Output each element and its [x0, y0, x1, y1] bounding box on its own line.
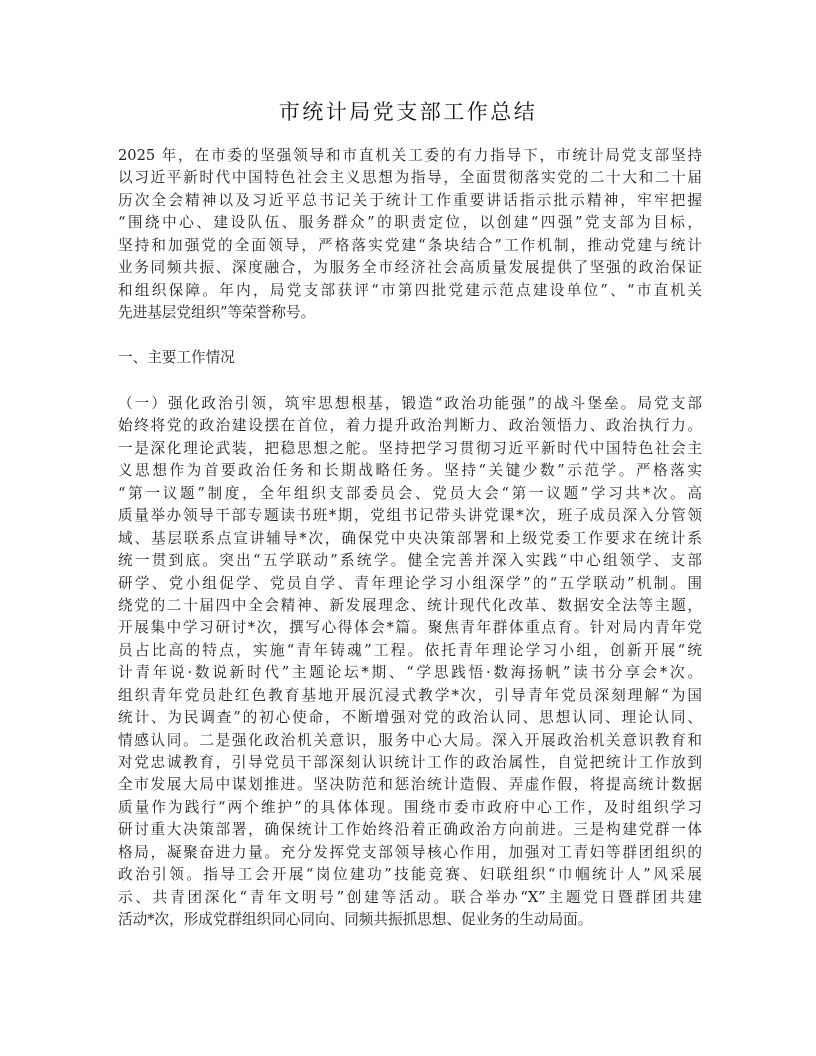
paragraph-line: 研学、党小组促学、党员自学、青年理论学习小组深学”的“五学联动”机制。围 — [118, 573, 702, 595]
paragraph-line: 域、基层联系点宣讲辅导*次，确保党中央决策部署和上级党委工作要求在统计系 — [118, 528, 702, 550]
paragraph-line: 坚持和加强党的全面领导，严格落实党建“条块结合”工作机制，推动党建与统计 — [118, 235, 702, 257]
paragraph-line: 绕党的二十届四中全会精神、新发展理念、统计现代化改革、数据安全法等主题， — [118, 595, 702, 617]
paragraph-line: 示、共青团深化“青年文明号”创建等活动。联合举办“X”主题党日暨群团共建 — [118, 887, 702, 909]
paragraph-line: （一）强化政治引领，筑牢思想根基，锻造“政治功能强”的战斗堡垒。局党支部 — [118, 393, 702, 415]
paragraph-line: 历次全会精神以及习近平总书记关于统计工作重要讲话指示批示精神，牢牢把握 — [118, 190, 702, 212]
document-page: 市统计局党支部工作总结 2025 年，在市委的坚强领导和市直机关工委的有力指导下… — [0, 0, 816, 1056]
section-paragraph: （一）强化政治引领，筑牢思想根基，锻造“政治功能强”的战斗堡垒。局党支部 始终将… — [118, 393, 702, 932]
paragraph-line: 质量作为践行“两个维护”的具体体现。围绕市委市政府中心工作，及时组织学习 — [118, 797, 702, 819]
paragraph-line: 情感认同。二是强化政治机关意识，服务中心大局。深入开展政治机关意识教育和 — [118, 730, 702, 752]
paragraph-line: 活动*次，形成党群组织同心同向、同频共振抓思想、促业务的生动局面。 — [118, 909, 702, 931]
paragraph-line: 质量举办领导干部专题读书班*期，党组书记带头讲党课*次，班子成员深入分管领 — [118, 505, 702, 527]
section-heading-block: 一、主要工作情况 — [118, 347, 702, 369]
paragraph-line: 始终将党的政治建设摆在首位，着力提升政治判断力、政治领悟力、政治执行力。 — [118, 415, 702, 437]
paragraph-line: 义思想作为首要政治任务和长期战略任务。坚持“关键少数”示范学。严格落实 — [118, 460, 702, 482]
paragraph-line: 统计、为民调查”的初心使命，不断增强对党的政治认同、思想认同、理论认同、 — [118, 707, 702, 729]
paragraph-line: 全市发展大局中谋划推进。坚决防范和惩治统计造假、弄虚作假，将提高统计数据 — [118, 774, 702, 796]
paragraph-line: 一是深化理论武装，把稳思想之舵。坚持把学习贯彻习近平新时代中国特色社会主 — [118, 438, 702, 460]
paragraph-line: 和组织保障。年内，局党支部获评“市第四批党建示范点建设单位”、“市直机关 — [118, 280, 702, 302]
paragraph-line: 员占比高的特点，实施“青年铸魂”工程。依托青年理论学习小组，创新开展“统 — [118, 640, 702, 662]
paragraph-line: 组织青年党员赴红色教育基地开展沉浸式教学*次，引导青年党员深刻理解“为国 — [118, 685, 702, 707]
paragraph-line: 2025 年，在市委的坚强领导和市直机关工委的有力指导下，市统计局党支部坚持 — [118, 145, 702, 167]
paragraph-line: 业务同频共振、深度融合，为服务全市经济社会高质量发展提供了坚强的政治保证 — [118, 257, 702, 279]
paragraph-line: 统一贯到底。突出“五学联动”系统学。健全完善并深入实践“中心组领学、支部 — [118, 550, 702, 572]
paragraph-line: 政治引领。指导工会开展“岗位建功”技能竞赛、妇联组织“巾帼统计人”风采展 — [118, 864, 702, 886]
paragraph-line: 研讨重大决策部署，确保统计工作始终沿着正确政治方向前进。三是构建党群一体 — [118, 819, 702, 841]
paragraph-line: 以习近平新时代中国特色社会主义思想为指导，全面贯彻落实党的二十大和二十届 — [118, 167, 702, 189]
paragraph-line: “围绕中心、建设队伍、服务群众”的职责定位，以创建“四强”党支部为目标， — [118, 212, 702, 234]
intro-paragraph: 2025 年，在市委的坚强领导和市直机关工委的有力指导下，市统计局党支部坚持 以… — [118, 145, 702, 325]
paragraph-line: 开展集中学习研讨*次，撰写心得体会*篇。聚焦青年群体重点育。针对局内青年党 — [118, 617, 702, 639]
paragraph-line: 格局，凝聚奋进力量。充分发挥党支部领导核心作用，加强对工青妇等群团组织的 — [118, 842, 702, 864]
paragraph-line: “第一议题”制度，全年组织支部委员会、党员大会“第一议题”学习共*次。高 — [118, 483, 702, 505]
paragraph-line: 先进基层党组织”等荣誉称号。 — [118, 302, 702, 324]
document-title: 市统计局党支部工作总结 — [0, 97, 816, 127]
section-heading: 一、主要工作情况 — [118, 347, 702, 369]
paragraph-line: 对党忠诚教育，引导党员干部深刻认识统计工作的政治属性，自觉把统计工作放到 — [118, 752, 702, 774]
paragraph-line: 计青年说·数说新时代”主题论坛*期、“学思践悟·数海扬帆”读书分享会*次。 — [118, 662, 702, 684]
